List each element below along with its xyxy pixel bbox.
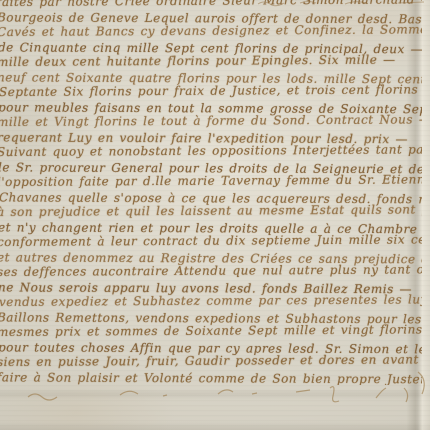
manuscript-line: siens en puisse Jouir, fruir, Gaudir pos… xyxy=(0,352,422,370)
manuscript-line: vendus expediez et Subhastez comme par c… xyxy=(0,292,422,310)
manuscript-line: mille et Vingt florins le tout à forme d… xyxy=(0,112,422,130)
manuscript-line: conformement à leur contract du dix sept… xyxy=(0,232,422,250)
manuscript-photo: faites par nostre Criée ordinaire Sieur … xyxy=(0,0,430,430)
manuscript-line: faites par nostre Criée ordinaire Sieur … xyxy=(0,0,422,10)
manuscript-line: Cavés et haut Bancs cy devans designez e… xyxy=(0,22,422,40)
manuscript-line: l'opposition faite par d.lle marie Taver… xyxy=(0,172,422,190)
manuscript-line: Suivant quoy et nonobstant les oppositio… xyxy=(0,142,422,160)
manuscript-line: mesmes prix et sommes de Soixante Sept m… xyxy=(0,322,422,340)
manuscript-line: faire à Son plaisir et Volonté comme de … xyxy=(0,370,422,385)
manuscript-line: Septante Six florins pour fraix de Justi… xyxy=(0,82,422,100)
manuscript-line: mille deux cent huitante florins pour Ep… xyxy=(0,52,422,70)
manuscript-line: à son prejudice et quil les laissent au … xyxy=(0,202,422,220)
manuscript-line: ses deffences aucontraire Attendu que nu… xyxy=(0,262,422,280)
manuscript-text: faites par nostre Criée ordinaire Sieur … xyxy=(0,0,422,385)
